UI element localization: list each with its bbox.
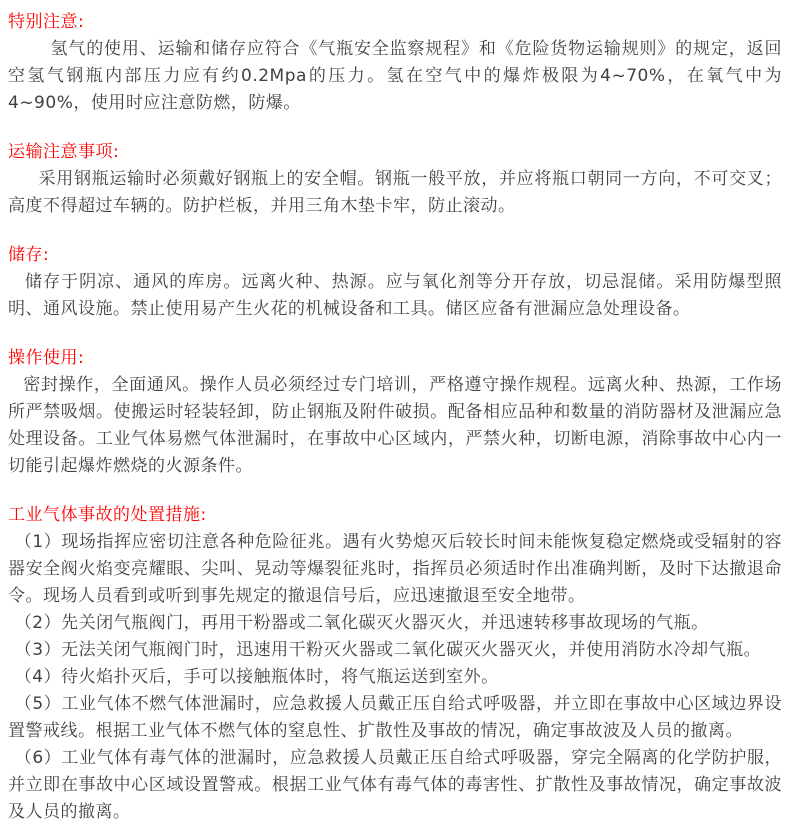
accident-disposal-heading: 工业气体事故的处置措施: <box>8 502 782 529</box>
operation-use-heading: 操作使用: <box>8 345 782 372</box>
transport-precautions-heading: 运输注意事项: <box>8 139 782 166</box>
safety-document: 特别注意: 氢气的使用、运输和储存应符合《气瓶安全监察规程》和《危险货物运输规则… <box>8 9 782 826</box>
section-operation-use: 操作使用: 密封操作，全面通风。操作人员必须经过专门培训，严格遵守操作规程。远离… <box>8 345 782 480</box>
page: 特别注意: 氢气的使用、运输和储存应符合《气瓶安全监察规程》和《危险货物运输规则… <box>0 0 790 827</box>
storage-paragraph: 储存于阴凉、通风的库房。远离火种、热源。应与氧化剂等分开存放，切忌混储。采用防爆… <box>8 269 782 323</box>
disposal-measure-item-2: （2）先关闭气瓶阀门，再用干粉器或二氧化碳灭火器灭火，并迅速转移事故现场的气瓶。 <box>8 610 782 637</box>
operation-use-paragraph: 密封操作，全面通风。操作人员必须经过专门培训，严格遵守操作规程。远离火种、热源，… <box>8 372 782 480</box>
section-special-notice: 特别注意: 氢气的使用、运输和储存应符合《气瓶安全监察规程》和《危险货物运输规则… <box>8 9 782 117</box>
section-transport-precautions: 运输注意事项: 采用钢瓶运输时必须戴好钢瓶上的安全帽。钢瓶一般平放，并应将瓶口朝… <box>8 139 782 220</box>
disposal-measure-item-3: （3）无法关闭气瓶阀门时，迅速用干粉灭火器或二氧化碳灭火器灭火，并使用消防水冷却… <box>8 637 782 664</box>
disposal-measure-item-4: （4）待火焰扑灭后，手可以接触瓶体时，将气瓶运送到室外。 <box>8 664 782 691</box>
transport-precautions-paragraph: 采用钢瓶运输时必须戴好钢瓶上的安全帽。钢瓶一般平放，并应将瓶口朝同一方向，不可交… <box>8 166 782 220</box>
special-notice-paragraph: 氢气的使用、运输和储存应符合《气瓶安全监察规程》和《危险货物运输规则》的规定，返… <box>8 36 782 117</box>
section-accident-disposal-measures: 工业气体事故的处置措施: （1）现场指挥应密切注意各种危险征兆。遇有火势熄灭后较… <box>8 502 782 826</box>
disposal-measure-item-6: （6）工业气体有毒气体的泄漏时，应急救援人员戴正压自给式呼吸器，穿完全隔离的化学… <box>8 745 782 826</box>
disposal-measure-item-5: （5）工业气体不燃气体泄漏时，应急救援人员戴正压自给式呼吸器，并立即在事故中心区… <box>8 691 782 745</box>
section-storage: 储存: 储存于阴凉、通风的库房。远离火种、热源。应与氧化剂等分开存放，切忌混储。… <box>8 242 782 323</box>
special-notice-heading: 特别注意: <box>8 9 782 36</box>
disposal-measure-item-1: （1）现场指挥应密切注意各种危险征兆。遇有火势熄灭后较长时间未能恢复稳定燃烧或受… <box>8 529 782 610</box>
storage-heading: 储存: <box>8 242 782 269</box>
